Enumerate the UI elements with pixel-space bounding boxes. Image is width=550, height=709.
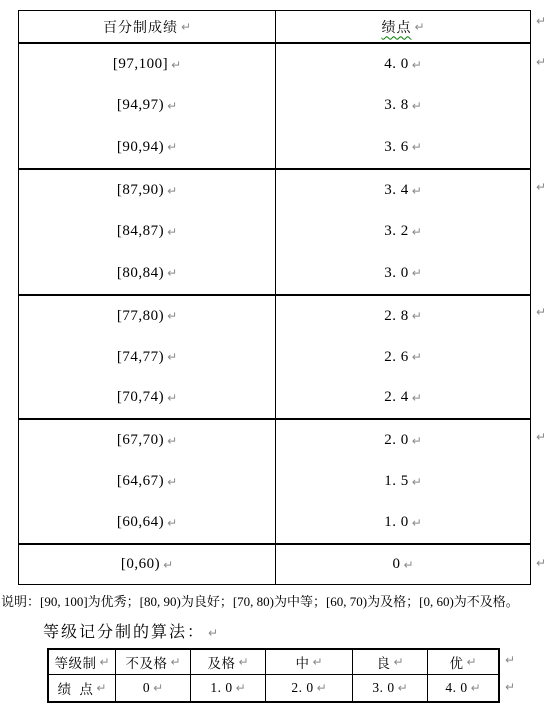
grade-label-excellent: 优 xyxy=(449,652,463,672)
gpa-value: 3. 0 xyxy=(384,265,409,282)
score-range: [84,87) xyxy=(117,223,164,240)
score-range: [94,97) xyxy=(117,97,164,114)
paragraph-mark-icon: ↵ xyxy=(171,58,181,72)
score-range-cell: [97,100]↵ [94,97)↵ [90,94)↵ xyxy=(19,44,276,168)
paragraph-mark-icon: ↵ xyxy=(312,655,322,669)
gpa-value-cell: 3. 4↵ 3. 2↵ 3. 0↵ xyxy=(276,170,530,294)
gpa-value: 0 xyxy=(143,680,150,696)
paragraph-mark-icon: ↵ xyxy=(181,20,191,34)
gpa-value: 3. 2 xyxy=(384,223,409,240)
table-row-group-3: [77,80)↵ [74,77)↵ [70,74)↵ 2. 8↵ 2. 6↵ 2… xyxy=(19,294,530,418)
score-range: [97,100] xyxy=(113,56,168,73)
gpa-value: 3. 4 xyxy=(384,182,409,199)
section-heading: 等级记分制的算法：↵ xyxy=(43,619,218,642)
paragraph-mark-icon: ↵ xyxy=(167,309,177,323)
paragraph-mark-icon: ↵ xyxy=(412,391,422,405)
table-row-group-5: [0,60)↵ 0↵ xyxy=(19,543,530,584)
paragraph-mark-icon: ↵ xyxy=(170,655,180,669)
paragraph-mark-icon: ↵ xyxy=(96,681,106,695)
grade-label-good: 良 xyxy=(376,652,390,672)
grade-scale-header-row: 等级制↵ 不及格↵ 及格↵ 中↵ 良↵ 优↵ xyxy=(49,650,498,674)
paragraph-mark-icon: ↵ xyxy=(412,475,422,489)
paragraph-mark-icon: ↵ xyxy=(99,655,109,669)
paragraph-mark-icon: ↵ xyxy=(317,681,327,695)
paragraph-mark-icon: ↵ xyxy=(412,516,422,530)
paragraph-mark-icon: ↵ xyxy=(236,681,246,695)
gpa-row-label: 绩 点 xyxy=(58,678,94,698)
score-range: [64,67) xyxy=(117,473,164,490)
gpa-value: 1. 5 xyxy=(384,473,409,490)
gpa-value: 3. 0 xyxy=(372,680,394,696)
paragraph-mark-icon: ↵ xyxy=(167,99,177,113)
gpa-value: 2. 0 xyxy=(384,432,409,449)
section-heading-text: 等级记分制的算法： xyxy=(43,624,205,641)
paragraph-mark-icon: ↵ xyxy=(471,681,481,695)
paragraph-mark-icon: ↵ xyxy=(208,626,218,640)
paragraph-mark-icon: ↵ xyxy=(412,184,422,198)
score-range-cell: [67,70)↵ [64,67)↵ [60,64)↵ xyxy=(19,420,276,543)
gpa-value: 1. 0 xyxy=(384,514,409,531)
paragraph-mark-icon: ↵ xyxy=(167,475,177,489)
score-range: [60,64) xyxy=(117,514,164,531)
header-cell-percentage: 百分制成绩↵ xyxy=(19,11,276,42)
score-range: [0,60) xyxy=(121,556,160,573)
paragraph-mark-icon: ↵ xyxy=(412,350,422,364)
table-row-group-4: [67,70)↵ [64,67)↵ [60,64)↵ 2. 0↵ 1. 5↵ 1… xyxy=(19,418,530,543)
paragraph-mark-icon: ↵ xyxy=(536,429,546,445)
gpa-value: 3. 8 xyxy=(384,97,409,114)
gpa-value: 0 xyxy=(392,556,400,573)
paragraph-mark-icon: ↵ xyxy=(536,555,546,571)
paragraph-mark-icon: ↵ xyxy=(412,266,422,280)
grade-scale-gpa-row: 绩 点↵ 0↵ 1. 0↵ 2. 0↵ 3. 0↵ 4. 0↵ xyxy=(49,674,498,701)
gpa-conversion-table: 百分制成绩↵ 绩点↵ [97,100]↵ [94,97)↵ [90,94)↵ 4… xyxy=(18,10,531,585)
grade-label-fail: 不及格 xyxy=(125,652,167,672)
gpa-value: 2. 4 xyxy=(384,389,409,406)
paragraph-mark-icon: ↵ xyxy=(167,225,177,239)
paragraph-mark-icon: ↵ xyxy=(412,99,422,113)
paragraph-mark-icon: ↵ xyxy=(412,434,422,448)
grade-label-pass: 及格 xyxy=(207,652,235,672)
grade-bands-note: 说明：[90, 100]为优秀；[80, 90)为良好；[70, 80)为中等；… xyxy=(1,591,550,610)
paragraph-mark-icon: ↵ xyxy=(167,184,177,198)
paragraph-mark-icon: ↵ xyxy=(412,58,422,72)
gpa-value-cell: 2. 0↵ 1. 5↵ 1. 0↵ xyxy=(276,420,530,543)
gpa-value: 2. 6 xyxy=(384,349,409,366)
paragraph-mark-icon: ↵ xyxy=(167,516,177,530)
paragraph-mark-icon: ↵ xyxy=(414,20,424,34)
paragraph-mark-icon: ↵ xyxy=(536,54,546,70)
header-cell-gpa: 绩点↵ xyxy=(276,11,530,42)
header-label-percentage: 百分制成绩 xyxy=(103,17,178,37)
score-range-cell: [77,80)↵ [74,77)↵ [70,74)↵ xyxy=(19,296,276,418)
paragraph-mark-icon: ↵ xyxy=(505,652,515,668)
header-label-gpa: 绩点 xyxy=(381,17,411,37)
gpa-value: 3. 6 xyxy=(384,139,409,156)
paragraph-mark-icon: ↵ xyxy=(167,350,177,364)
paragraph-mark-icon: ↵ xyxy=(536,304,546,320)
gpa-value-cell: 2. 8↵ 2. 6↵ 2. 4↵ xyxy=(276,296,530,418)
paragraph-mark-icon: ↵ xyxy=(398,681,408,695)
gpa-value: 2. 8 xyxy=(384,308,409,325)
gpa-value: 4. 0 xyxy=(445,680,467,696)
table-row-group-2: [87,90)↵ [84,87)↵ [80,84)↵ 3. 4↵ 3. 2↵ 3… xyxy=(19,168,530,294)
paragraph-mark-icon: ↵ xyxy=(393,655,403,669)
gpa-value: 1. 0 xyxy=(210,680,232,696)
paragraph-mark-icon: ↵ xyxy=(167,266,177,280)
gpa-value-cell: 0↵ xyxy=(276,545,530,584)
score-range: [77,80) xyxy=(117,308,164,325)
gpa-value-cell: 4. 0↵ 3. 8↵ 3. 6↵ xyxy=(276,44,530,168)
score-range: [80,84) xyxy=(117,265,164,282)
paragraph-mark-icon: ↵ xyxy=(505,679,515,695)
score-range: [67,70) xyxy=(117,432,164,449)
paragraph-mark-icon: ↵ xyxy=(536,179,546,195)
grade-scale-table: 等级制↵ 不及格↵ 及格↵ 中↵ 良↵ 优↵ 绩 点↵ 0↵ 1. 0↵ 2. … xyxy=(47,648,500,703)
score-range: [70,74) xyxy=(117,389,164,406)
grade-label-medium: 中 xyxy=(295,652,309,672)
paragraph-mark-icon: ↵ xyxy=(412,225,422,239)
grade-scale-label: 等级制 xyxy=(54,652,96,672)
score-range: [87,90) xyxy=(117,182,164,199)
paragraph-mark-icon: ↵ xyxy=(238,655,248,669)
document-page: { "pilcrow": "↵", "main_table": { "heade… xyxy=(0,0,550,709)
gpa-value: 4. 0 xyxy=(384,56,409,73)
paragraph-mark-icon: ↵ xyxy=(163,558,173,572)
score-range: [90,94) xyxy=(117,139,164,156)
paragraph-mark-icon: ↵ xyxy=(412,140,422,154)
paragraph-mark-icon: ↵ xyxy=(536,13,546,29)
paragraph-mark-icon: ↵ xyxy=(167,391,177,405)
paragraph-mark-icon: ↵ xyxy=(167,140,177,154)
score-range-cell: [87,90)↵ [84,87)↵ [80,84)↵ xyxy=(19,170,276,294)
paragraph-mark-icon: ↵ xyxy=(167,434,177,448)
paragraph-mark-icon: ↵ xyxy=(403,558,413,572)
gpa-value: 2. 0 xyxy=(291,680,313,696)
paragraph-mark-icon: ↵ xyxy=(466,655,476,669)
table-row-group-1: [97,100]↵ [94,97)↵ [90,94)↵ 4. 0↵ 3. 8↵ … xyxy=(19,42,530,168)
table-header-row: 百分制成绩↵ 绩点↵ xyxy=(19,11,530,42)
paragraph-mark-icon: ↵ xyxy=(153,681,163,695)
score-range-cell: [0,60)↵ xyxy=(19,545,276,584)
paragraph-mark-icon: ↵ xyxy=(412,309,422,323)
score-range: [74,77) xyxy=(117,349,164,366)
